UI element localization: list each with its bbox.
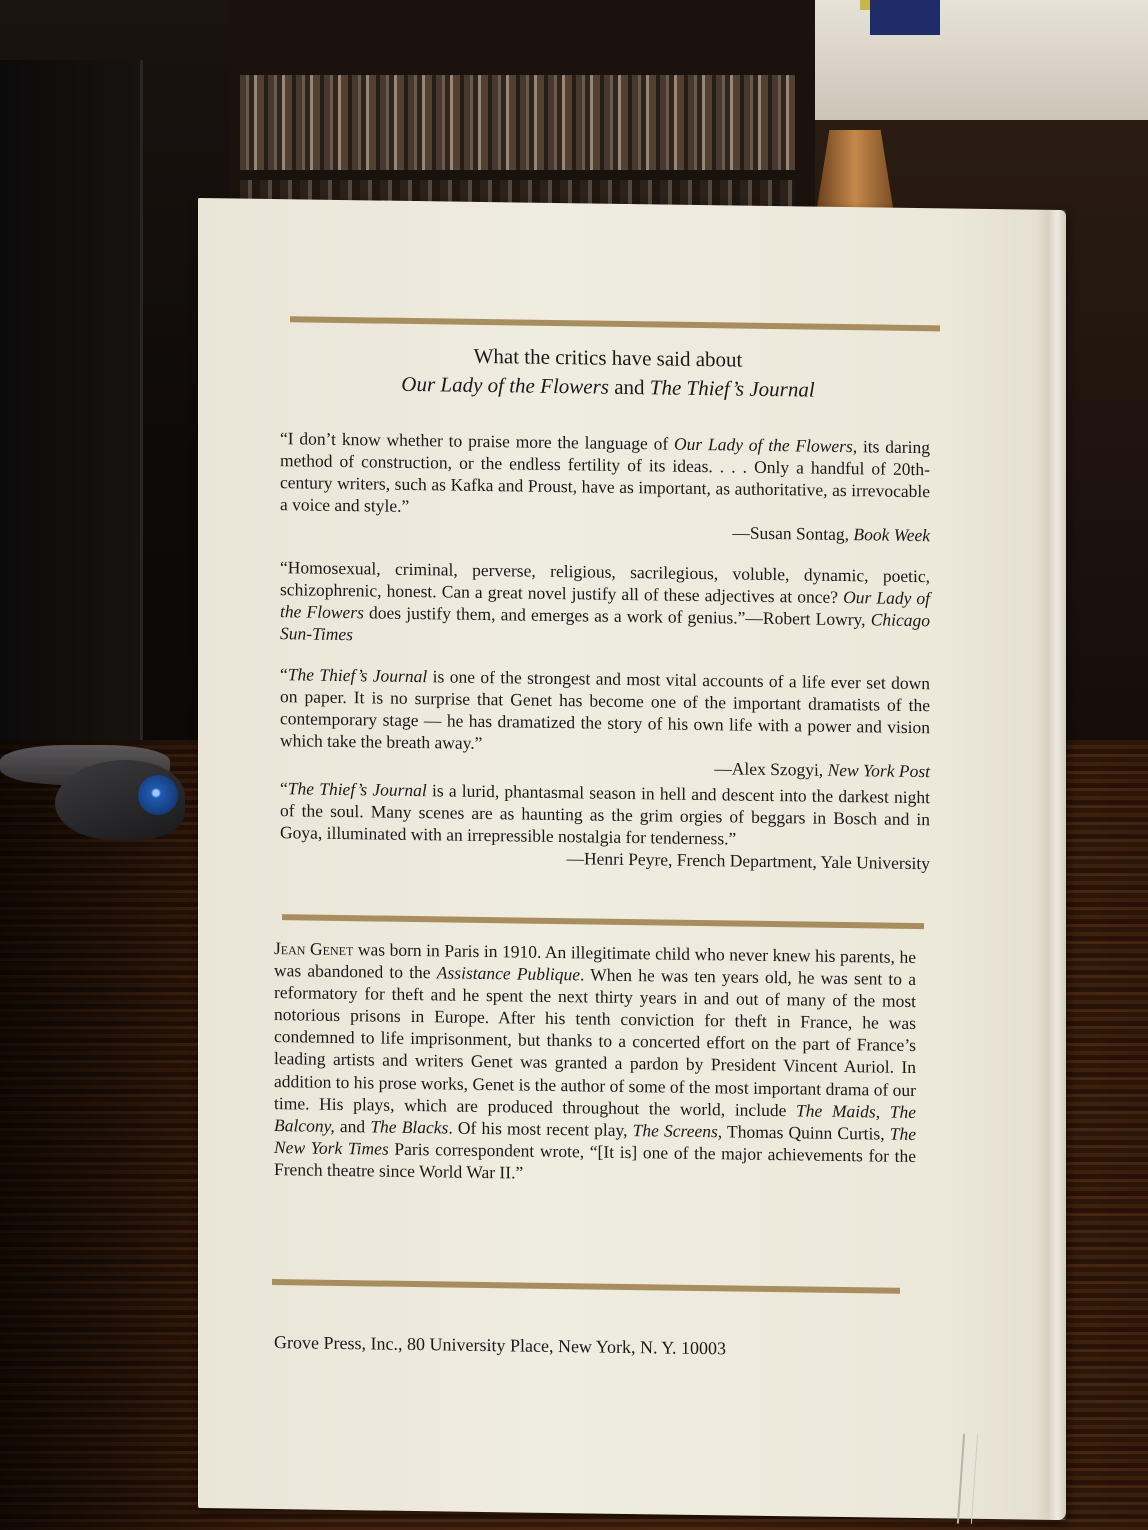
author-bio: Jean Genet was born in Paris in 1910. An… [274,937,916,1189]
middle-rule [282,914,924,929]
body-text: and [335,1116,371,1136]
quote-text: “The Thief’s Journal is a lurid, phantas… [280,778,930,848]
trackball-ball-icon [138,775,178,815]
body-text: “Homosexual, criminal, perverse, religio… [280,557,930,607]
attribution-name: —Henri Peyre, French Department, Yale Un… [566,848,930,873]
book-back-cover: What the critics have said about Our Lad… [198,198,1066,1520]
body-text: “I don’t know whether to praise more the… [280,428,674,454]
body-text: does justify them, and emerges as a work… [364,602,746,627]
hanging-flag-blue [870,0,940,35]
quote-text: “I don’t know whether to praise more the… [280,428,930,516]
shelf-books [240,75,795,170]
attribution-name: —Robert Lowry, [745,608,870,630]
window-frame [0,60,143,740]
italic-text: The Screens [633,1120,718,1141]
body-text: “ [280,778,288,798]
body-text: , Thomas Quinn Curtis, [718,1121,890,1143]
critic-quote: “Homosexual, criminal, perverse, religio… [280,556,930,653]
italic-text: The Thief’s Journal [288,664,427,686]
critic-quote: “The Thief’s Journal is one of the stron… [280,663,930,782]
heading-title1: Our Lady of the Flowers [401,372,609,399]
critic-quote: “I don’t know whether to praise more the… [280,427,930,546]
italic-text: Our Lady of the Flowers [674,434,853,456]
bottom-rule [272,1279,900,1294]
italic-text: Assistance Publique [437,962,580,984]
attribution-name: —Susan Sontag, [732,522,853,544]
italic-text: The Blacks [370,1116,448,1137]
publisher-address: Grove Press, Inc., 80 University Place, … [274,1332,914,1362]
attribution-name: —Alex Szogyi, [714,758,827,780]
body-text: “ [280,664,288,684]
attribution-source: Book Week [853,524,930,545]
author-name: Jean Genet [274,938,353,959]
italic-text: The Thief’s Journal [288,778,427,800]
critic-quote: “The Thief’s Journal is a lurid, phantas… [280,777,930,874]
heading-conjunction: and [609,375,650,400]
body-text: . When he was ten years old, he was sent… [274,964,916,1120]
critics-heading: What the critics have said about Our Lad… [278,339,938,406]
right-wall [815,0,1148,130]
top-rule [290,316,940,331]
quote-text: “The Thief’s Journal is one of the stron… [280,664,930,753]
body-text: . Of his most recent play, [448,1117,632,1140]
heading-title2: The Thief’s Journal [650,375,815,401]
quote-attribution: —Susan Sontag, Book Week [280,515,930,546]
attribution-source: New York Post [828,760,930,781]
quote-attribution: —Henri Peyre, French Department, Yale Un… [280,843,930,874]
spine-edge [1036,210,1066,1520]
cover-tear [957,1434,978,1524]
